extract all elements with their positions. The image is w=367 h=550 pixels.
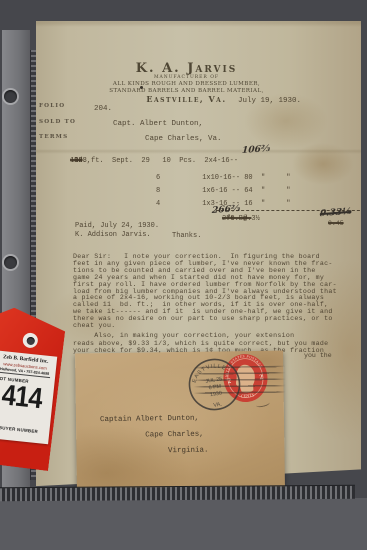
binder-hole: [4, 90, 17, 103]
handwritten-amount: 9.33⅓: [320, 207, 352, 219]
folio-label: FOLIO: [39, 103, 65, 109]
sold-to-name: Capt. Albert Dunton,: [113, 120, 203, 128]
buyer-number-label: BUYER NUMBER: [0, 424, 50, 435]
tag-hole: [26, 336, 35, 345]
letterhead-tagline: MANUFACTURER OF: [36, 75, 337, 80]
folio-value: 204.: [94, 105, 112, 113]
binder-hole: [4, 256, 17, 269]
body-paragraph-1: Dear Sir: I note your correction. In fig…: [73, 254, 337, 330]
ink-spot: [140, 86, 143, 89]
letterhead-company: K. A. Jarvis: [36, 61, 337, 76]
thanks-note: Thanks.: [172, 232, 201, 240]
sold-to-city: Cape Charles, Va.: [145, 135, 222, 143]
photo-scene: K. A. Jarvis MANUFACTURER OF ALL KINDS R…: [0, 0, 367, 550]
tag-label: Zeb B. Barfield Inc. www.zebsauctions.co…: [0, 350, 57, 444]
cancellation-bars: [193, 366, 285, 395]
letter-date: July 19, 1930.: [238, 97, 301, 105]
sold-to-label: SOLD TO: [39, 119, 76, 125]
invoice-row1-unit: Bd. ft.: [70, 157, 104, 165]
letterhead-products-line1: ALL KINDS ROUGH AND DRESSED LUMBER,: [36, 81, 337, 87]
invoice-row-3: 8 1x6-16 -- 64 " ": [156, 187, 290, 195]
signature-line: K. Addison Jarvis.: [75, 231, 151, 239]
handwritten-correction-row1: 106⅔: [242, 144, 271, 156]
total-rate: ft. @ 3½: [222, 215, 260, 223]
envelope-address: Captain Albert Dunton, Cape Charles, Vir…: [100, 411, 209, 461]
terms-label: TERMS: [39, 134, 68, 140]
table-surface: [0, 498, 367, 550]
paid-line: Paid, July 24, 1930.: [75, 222, 159, 230]
sleeve-zip-strip-bottom: [0, 485, 355, 501]
letterhead-products-line2: STANDARD BARRELS AND BARREL MATERIAL,: [36, 88, 337, 94]
lot-number-value: 414: [0, 379, 51, 418]
amount-struck-value: 9.45: [328, 220, 344, 227]
body-text-fragment: you the: [304, 352, 332, 359]
envelope: UNITED STATES POSTAGE 2 2 CENTS EASTVILL…: [75, 351, 285, 490]
handwritten-total-correction: 266⅔: [212, 204, 241, 216]
invoice-row-2: 6 1x10-16-- 80 " ": [156, 174, 290, 182]
